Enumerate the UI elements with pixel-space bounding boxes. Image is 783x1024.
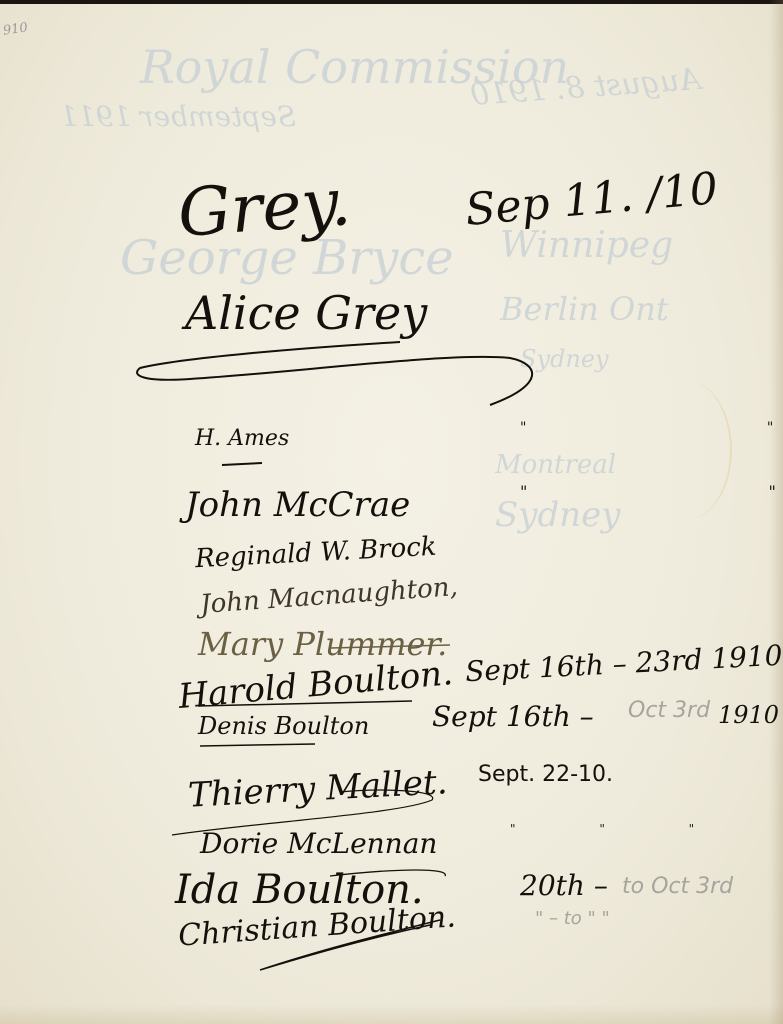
guestbook-page: 910 Royal Commission August 8. 1910 Sept… (0, 0, 783, 1024)
signature-flourishes (0, 0, 783, 1024)
